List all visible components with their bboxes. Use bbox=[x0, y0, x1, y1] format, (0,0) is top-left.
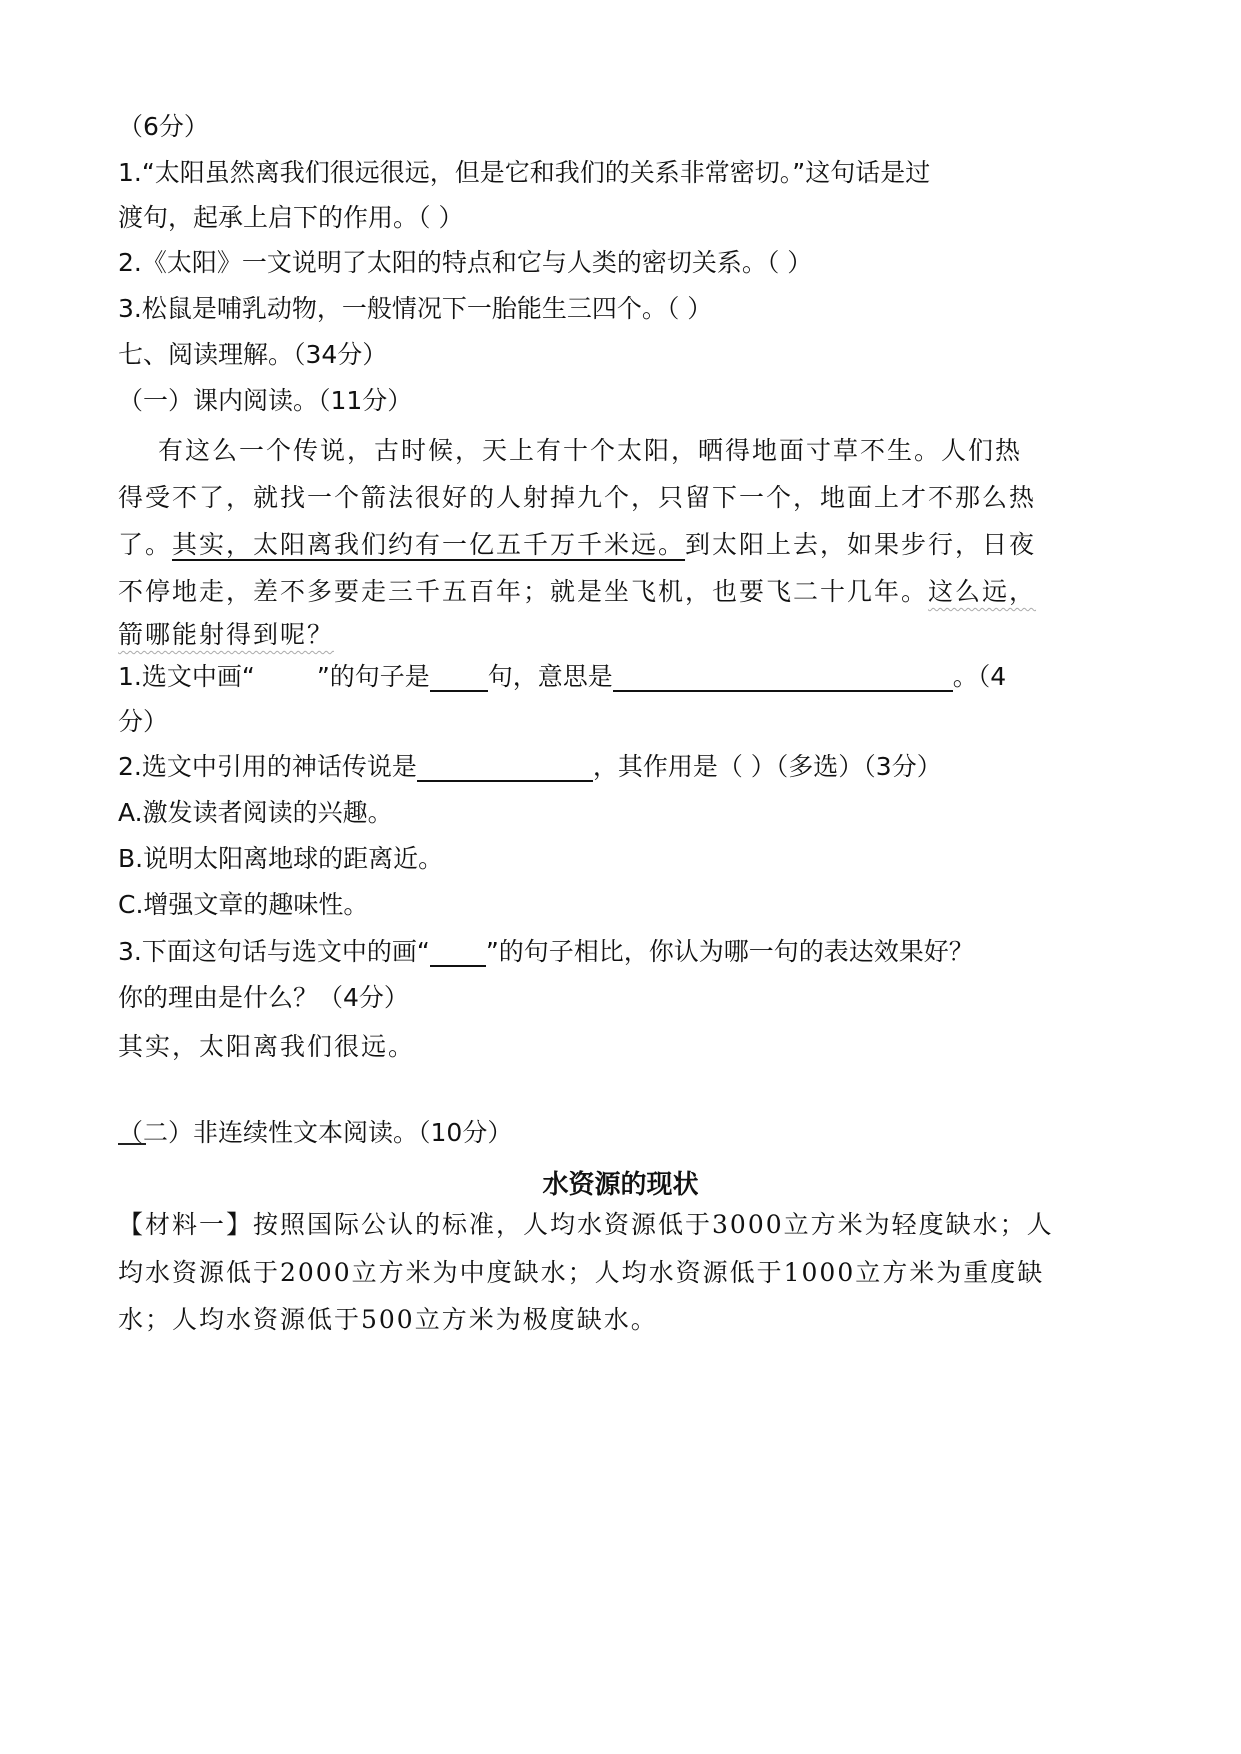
q-text: ”的句子相比，你认为哪一句的表达效果好？ bbox=[486, 937, 974, 966]
material1-line1: 【材料一】按照国际公认的标准，人均水资源低于3000立方米为轻度缺水；人 bbox=[118, 1210, 1054, 1240]
material1-line2: 均水资源低于2000立方米为中度缺水；人均水资源低于1000立方米为重度缺 bbox=[118, 1258, 1044, 1288]
passage-line3: 了。其实，太阳离我们约有一亿五千万千米远。到太阳上去，如果步行，日夜 bbox=[118, 530, 1036, 560]
reading-q3-cont: 你的理由是什么？（4分） bbox=[118, 983, 409, 1013]
answer-blank[interactable] bbox=[613, 664, 953, 692]
passage-line5: 箭哪能射得到呢？ bbox=[118, 620, 334, 650]
passage-line4: 不停地走，差不多要走三千五百年；就是坐飞机，也要飞二十几年。这么远， bbox=[118, 577, 1036, 607]
section7-heading: 七、阅读理解。（34分） bbox=[118, 340, 387, 370]
answer-blank[interactable] bbox=[430, 664, 488, 692]
q-text: 1.选文中画“ bbox=[118, 662, 255, 691]
option-c: C.增强文章的趣味性。 bbox=[118, 890, 368, 920]
judge-q2: 2.《太阳》一文说明了太阳的特点和它与人类的密切关系。（ ） bbox=[118, 248, 812, 278]
wavy-sentence: 这么远， bbox=[928, 577, 1036, 606]
part2-heading: （二）非连续性文本阅读。（10分） bbox=[118, 1118, 512, 1148]
wavy-mark bbox=[255, 666, 317, 692]
passage-line2: 得受不了，就找一个箭法很好的人射掉九个，只留下一个，地面上才不那么热 bbox=[118, 483, 1036, 513]
q-text: 句，意思是 bbox=[488, 662, 613, 691]
judge-q1-line1: 1.“太阳虽然离我们很远很远，但是它和我们的关系非常密切。”这句话是过 bbox=[118, 158, 930, 188]
answer-blank[interactable] bbox=[417, 754, 593, 782]
underline-mark bbox=[430, 939, 486, 967]
passage-text: 不停地走，差不多要走三千五百年；就是坐飞机，也要飞二十几年。 bbox=[118, 577, 928, 606]
option-b: B.说明太阳离地球的距离近。 bbox=[118, 844, 443, 874]
reading-q2: 2.选文中引用的神话传说是，其作用是（ ）（多选）（3分） bbox=[118, 752, 942, 782]
reading-q3: 3.下面这句话与选文中的画“”的句子相比，你认为哪一句的表达效果好？ bbox=[118, 937, 974, 967]
section6-score: （6分） bbox=[118, 112, 209, 142]
judge-q1-line2: 渡句，起承上启下的作用。（ ） bbox=[118, 203, 463, 233]
part1-heading: （一）课内阅读。（11分） bbox=[118, 386, 412, 416]
option-a: A.激发读者阅读的兴趣。 bbox=[118, 798, 393, 828]
judge-q3: 3.松鼠是哺乳动物，一般情况下一胎能生三四个。（ ） bbox=[118, 294, 712, 324]
q-text: 2.选文中引用的神话传说是 bbox=[118, 752, 417, 781]
reading-q1: 1.选文中画“”的句子是句，意思是。（4 bbox=[118, 662, 1006, 692]
underlined-sentence: 其实，太阳离我们约有一亿五千万千米远。 bbox=[172, 530, 685, 559]
comparison-sentence: 其实，太阳离我们很远。 bbox=[118, 1032, 415, 1062]
passage-line1: 有这么一个传说，古时候，天上有十个太阳，晒得地面寸草不生。人们热 bbox=[158, 436, 1022, 466]
q-text: ”的句子是 bbox=[317, 662, 430, 691]
q-text: ，其作用是（ ）（多选）（3分） bbox=[593, 752, 942, 781]
passage-text: 到太阳上去，如果步行，日夜 bbox=[685, 530, 1036, 559]
material1-line3: 水；人均水资源低于500立方米为极度缺水。 bbox=[118, 1305, 658, 1335]
reading-q1-cont: 分） bbox=[118, 707, 168, 737]
q-text: 3.下面这句话与选文中的画“ bbox=[118, 937, 430, 966]
q-text: 。（4 bbox=[953, 662, 1006, 691]
wavy-sentence: 箭哪能射得到呢？ bbox=[118, 620, 334, 649]
passage-text: 了。 bbox=[118, 530, 172, 559]
material-title: 水资源的现状 bbox=[0, 1164, 1241, 1201]
